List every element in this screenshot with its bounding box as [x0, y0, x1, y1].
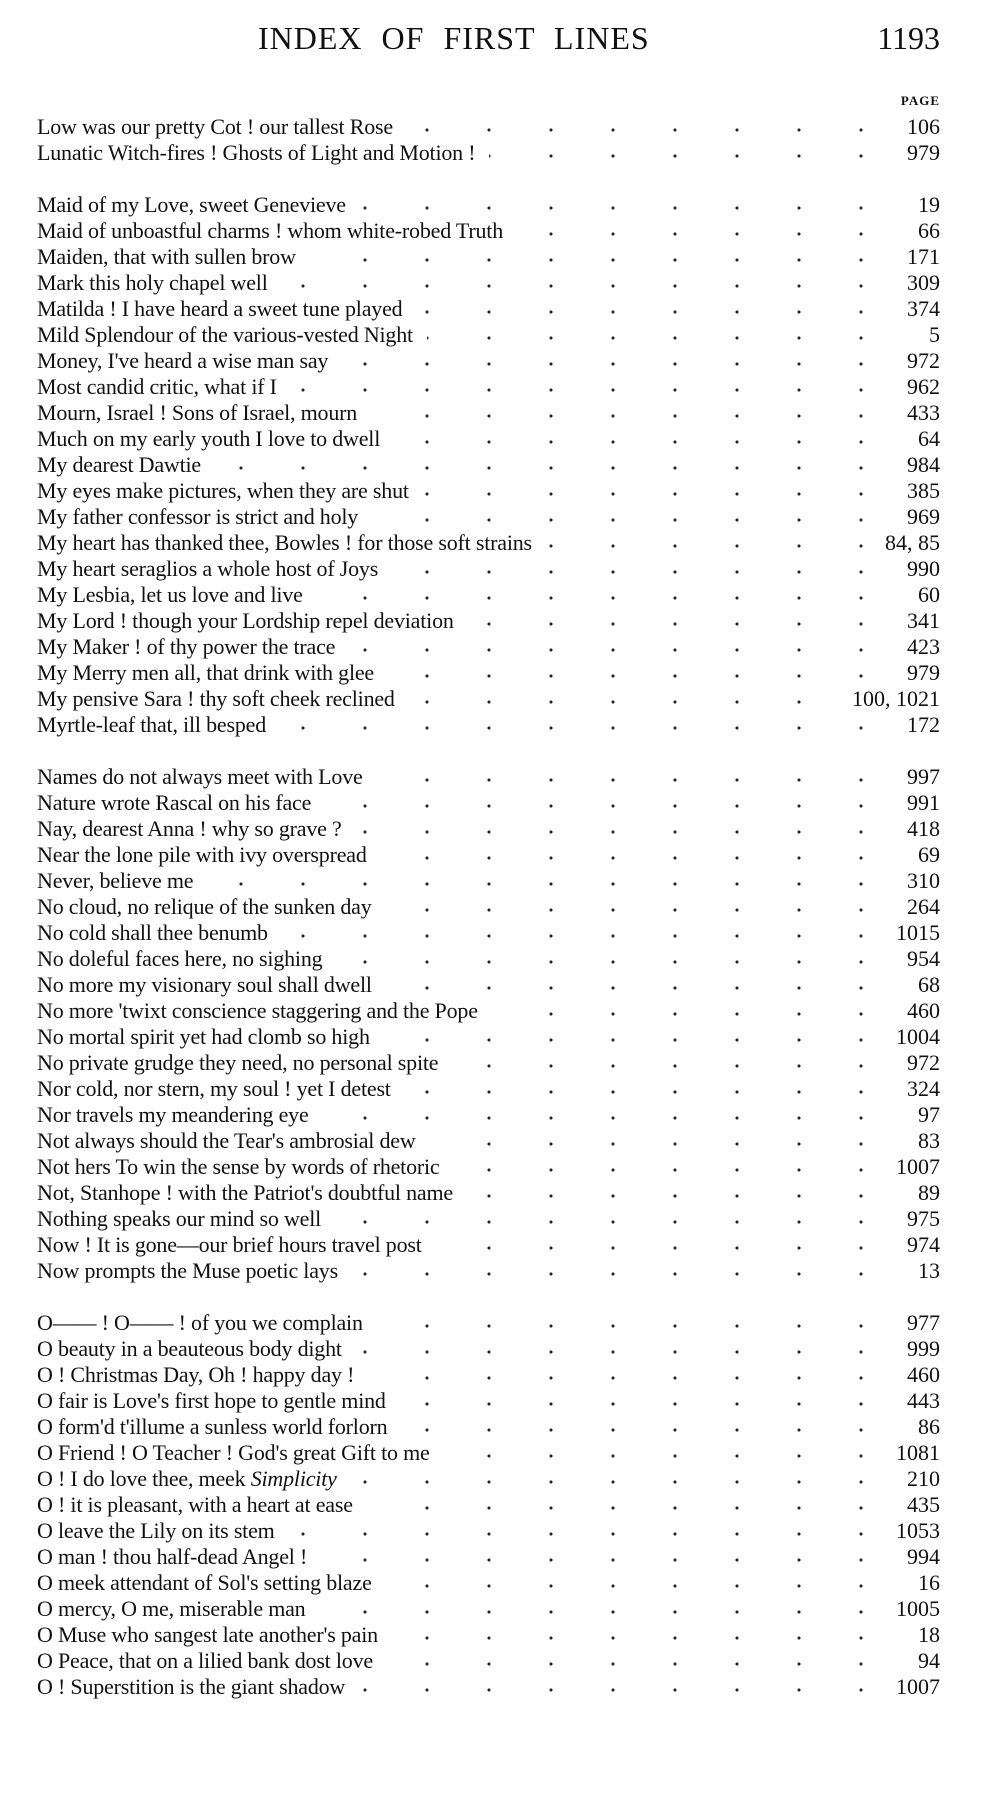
- page-reference: 171: [899, 244, 940, 270]
- page-reference: 310: [899, 868, 940, 894]
- first-line-text: My Merry men all, that drink with glee: [37, 660, 388, 686]
- first-line-text: Never, believe me: [37, 868, 207, 894]
- page-reference: 19: [910, 192, 940, 218]
- page-reference: 1004: [888, 1024, 940, 1050]
- index-entry: Nay, dearest Anna ! why so grave ?418: [37, 816, 940, 842]
- first-line-text: Mild Splendour of the various-vested Nig…: [37, 322, 427, 348]
- page-reference: 83: [910, 1128, 940, 1154]
- page-reference: 374: [899, 296, 940, 322]
- page-reference: 172: [899, 712, 940, 738]
- page-reference: 999: [899, 1336, 940, 1362]
- page-reference: 60: [910, 582, 940, 608]
- index-entry: Matilda ! I have heard a sweet tune play…: [37, 296, 940, 322]
- page-reference: 86: [910, 1414, 940, 1440]
- page-reference: 210: [899, 1466, 940, 1492]
- index-entry: No more my visionary soul shall dwell68: [37, 972, 940, 998]
- page-reference: 979: [899, 660, 940, 686]
- index-entry: Maiden, that with sullen brow171: [37, 244, 940, 270]
- first-line-text: O beauty in a beauteous body dight: [37, 1336, 356, 1362]
- index-entry: My dearest Dawtie984: [37, 452, 940, 478]
- first-line-text: Nor cold, nor stern, my soul ! yet I det…: [37, 1076, 405, 1102]
- index-entry: No cold shall thee benumb1015: [37, 920, 940, 946]
- first-line-text: O Muse who sangest late another's pain: [37, 1622, 392, 1648]
- first-line-text: No cold shall thee benumb: [37, 920, 282, 946]
- index-entry: O leave the Lily on its stem1053: [37, 1518, 940, 1544]
- index-entry: My Lord ! though your Lordship repel dev…: [37, 608, 940, 634]
- index-entry: My Maker ! of thy power the trace423: [37, 634, 940, 660]
- index-entry: Nor cold, nor stern, my soul ! yet I det…: [37, 1076, 940, 1102]
- page-reference: 984: [899, 452, 940, 478]
- page-reference: 16: [910, 1570, 940, 1596]
- index-entry: Most candid critic, what if I962: [37, 374, 940, 400]
- page-reference: 435: [899, 1492, 940, 1518]
- index-entry: O form'd t'illume a sunless world forlor…: [37, 1414, 940, 1440]
- index-entry: O ! I do love thee, meek Simplicity210: [37, 1466, 940, 1492]
- index-entry: Much on my early youth I love to dwell64: [37, 426, 940, 452]
- page-reference: 264: [899, 894, 940, 920]
- page-reference: 1005: [888, 1596, 940, 1622]
- page-reference: 974: [899, 1232, 940, 1258]
- first-line-text: My heart has thanked thee, Bowles ! for …: [37, 530, 546, 556]
- index-entry: Nor travels my meandering eye97: [37, 1102, 940, 1128]
- page-reference: 433: [899, 400, 940, 426]
- first-line-text: Maid of unboastful charms ! whom white-r…: [37, 218, 517, 244]
- index-entry: Mark this holy chapel well309: [37, 270, 940, 296]
- page-column-label: PAGE: [901, 93, 940, 109]
- index-entry: Lunatic Witch-fires ! Ghosts of Light an…: [37, 140, 940, 166]
- page-reference: 418: [899, 816, 940, 842]
- first-line-text: My Maker ! of thy power the trace: [37, 634, 349, 660]
- page-reference: 13: [910, 1258, 940, 1284]
- first-line-text: My father confessor is strict and holy: [37, 504, 372, 530]
- first-line-text: Now prompts the Muse poetic lays: [37, 1258, 352, 1284]
- index-entry: Not hers To win the sense by words of rh…: [37, 1154, 940, 1180]
- page-reference: 84, 85: [877, 530, 940, 556]
- page-reference: 443: [899, 1388, 940, 1414]
- index-entry: My eyes make pictures, when they are shu…: [37, 478, 940, 504]
- page-reference: 969: [899, 504, 940, 530]
- index-entry: O meek attendant of Sol's setting blaze1…: [37, 1570, 940, 1596]
- index-entry: Money, I've heard a wise man say972: [37, 348, 940, 374]
- page-reference: 990: [899, 556, 940, 582]
- first-line-text: Nor travels my meandering eye: [37, 1102, 323, 1128]
- page-reference: 954: [899, 946, 940, 972]
- page-reference: 106: [899, 114, 940, 140]
- first-line-text: O ! Superstition is the giant shadow: [37, 1674, 359, 1700]
- index-entry: Not always should the Tear's ambrosial d…: [37, 1128, 940, 1154]
- page-reference: 309: [899, 270, 940, 296]
- index-entry: No more 'twixt conscience staggering and…: [37, 998, 940, 1024]
- index-entry: My father confessor is strict and holy96…: [37, 504, 940, 530]
- first-line-text: Most candid critic, what if I: [37, 374, 291, 400]
- index-entry: Maid of unboastful charms ! whom white-r…: [37, 218, 940, 244]
- first-line-text: No more 'twixt conscience staggering and…: [37, 998, 492, 1024]
- index-letter-group: O—— ! O—— ! of you we complain977O beaut…: [37, 1310, 940, 1700]
- index-entry: Mourn, Israel ! Sons of Israel, mourn433: [37, 400, 940, 426]
- index-entry: Low was our pretty Cot ! our tallest Ros…: [37, 114, 940, 140]
- page-reference: 460: [899, 1362, 940, 1388]
- first-line-text: O—— ! O—— ! of you we complain: [37, 1310, 377, 1336]
- first-line-text: My eyes make pictures, when they are shu…: [37, 478, 423, 504]
- page-reference: 97: [910, 1102, 940, 1128]
- page-reference: 5: [921, 322, 940, 348]
- first-line-text: O ! Christmas Day, Oh ! happy day !: [37, 1362, 368, 1388]
- index-entry: O ! Christmas Day, Oh ! happy day !460: [37, 1362, 940, 1388]
- page-reference: 977: [899, 1310, 940, 1336]
- index-entry: O Peace, that on a lilied bank dost love…: [37, 1648, 940, 1674]
- index-entry: Never, believe me310: [37, 868, 940, 894]
- page-reference: 89: [910, 1180, 940, 1206]
- page-reference: 69: [910, 842, 940, 868]
- first-line-text: No cloud, no relique of the sunken day: [37, 894, 386, 920]
- index-entry: O ! Superstition is the giant shadow1007: [37, 1674, 940, 1700]
- first-line-text: Nothing speaks our mind so well: [37, 1206, 335, 1232]
- first-line-text: Low was our pretty Cot ! our tallest Ros…: [37, 114, 407, 140]
- page-reference: 972: [899, 1050, 940, 1076]
- page-reference: 994: [899, 1544, 940, 1570]
- first-line-text: My Lord ! though your Lordship repel dev…: [37, 608, 468, 634]
- index-entry: O man ! thou half-dead Angel !994: [37, 1544, 940, 1570]
- index-entry: O beauty in a beauteous body dight999: [37, 1336, 940, 1362]
- index-entry: Near the lone pile with ivy overspread69: [37, 842, 940, 868]
- index-entry: Mild Splendour of the various-vested Nig…: [37, 322, 940, 348]
- first-line-text: O ! it is pleasant, with a heart at ease: [37, 1492, 367, 1518]
- page-reference: 1015: [888, 920, 940, 946]
- first-line-text: Not hers To win the sense by words of rh…: [37, 1154, 454, 1180]
- index-entry: My heart has thanked thee, Bowles ! for …: [37, 530, 940, 556]
- first-line-text: Now ! It is gone—our brief hours travel …: [37, 1232, 436, 1258]
- page-reference: 460: [899, 998, 940, 1024]
- first-line-text: My dearest Dawtie: [37, 452, 215, 478]
- page-number: 1193: [877, 20, 940, 56]
- first-line-text: My Lesbia, let us love and live: [37, 582, 317, 608]
- index-entry: No doleful faces here, no sighing954: [37, 946, 940, 972]
- index-letter-group: Names do not always meet with Love997Nat…: [37, 764, 940, 1284]
- first-line-text: O fair is Love's first hope to gentle mi…: [37, 1388, 400, 1414]
- first-line-text: Mark this holy chapel well: [37, 270, 282, 296]
- page-reference: 975: [899, 1206, 940, 1232]
- first-line-text: O mercy, O me, miserable man: [37, 1596, 320, 1622]
- page-reference: 341: [899, 608, 940, 634]
- first-line-text: No mortal spirit yet had clomb so high: [37, 1024, 384, 1050]
- index-letter-group: Maid of my Love, sweet Genevieve19Maid o…: [37, 192, 940, 738]
- first-line-text: No more my visionary soul shall dwell: [37, 972, 386, 998]
- index-entry: My pensive Sara ! thy soft cheek recline…: [37, 686, 940, 712]
- page-reference: 991: [899, 790, 940, 816]
- index-entry: Not, Stanhope ! with the Patriot's doubt…: [37, 1180, 940, 1206]
- first-line-text: Myrtle-leaf that, ill besped: [37, 712, 280, 738]
- index-letter-group: Low was our pretty Cot ! our tallest Ros…: [37, 114, 940, 166]
- index-entry: Nothing speaks our mind so well975: [37, 1206, 940, 1232]
- index-entry: Maid of my Love, sweet Genevieve19: [37, 192, 940, 218]
- index-entry: O mercy, O me, miserable man1005: [37, 1596, 940, 1622]
- first-line-text: O leave the Lily on its stem: [37, 1518, 289, 1544]
- index-entry: No mortal spirit yet had clomb so high10…: [37, 1024, 940, 1050]
- first-line-text: O Friend ! O Teacher ! God's great Gift …: [37, 1440, 444, 1466]
- page-reference: 962: [899, 374, 940, 400]
- index-entry: O Friend ! O Teacher ! God's great Gift …: [37, 1440, 940, 1466]
- first-line-text: Maiden, that with sullen brow: [37, 244, 310, 270]
- page-reference: 1081: [888, 1440, 940, 1466]
- index-entry: O Muse who sangest late another's pain18: [37, 1622, 940, 1648]
- first-line-text: O ! I do love thee, meek Simplicity: [37, 1466, 351, 1492]
- index-entry: Now ! It is gone—our brief hours travel …: [37, 1232, 940, 1258]
- first-line-text: My pensive Sara ! thy soft cheek recline…: [37, 686, 409, 712]
- index-entry: My Merry men all, that drink with glee97…: [37, 660, 940, 686]
- index-entry: My heart seraglios a whole host of Joys9…: [37, 556, 940, 582]
- index-entry: Myrtle-leaf that, ill besped172: [37, 712, 940, 738]
- first-line-text: Names do not always meet with Love: [37, 764, 377, 790]
- index-of-first-lines: Low was our pretty Cot ! our tallest Ros…: [37, 114, 940, 1726]
- page-reference: 100, 1021: [844, 686, 940, 712]
- index-entry: Names do not always meet with Love997: [37, 764, 940, 790]
- first-line-text: Maid of my Love, sweet Genevieve: [37, 192, 360, 218]
- first-line-text: Not, Stanhope ! with the Patriot's doubt…: [37, 1180, 467, 1206]
- index-entry: O ! it is pleasant, with a heart at ease…: [37, 1492, 940, 1518]
- first-line-text: O Peace, that on a lilied bank dost love: [37, 1648, 387, 1674]
- page-reference: 94: [910, 1648, 940, 1674]
- page-title: INDEX OF FIRST LINES: [258, 20, 720, 56]
- page-reference: 18: [910, 1622, 940, 1648]
- first-line-text: Lunatic Witch-fires ! Ghosts of Light an…: [37, 140, 489, 166]
- first-line-text: Much on my early youth I love to dwell: [37, 426, 394, 452]
- page-reference: 66: [910, 218, 940, 244]
- page-reference: 385: [899, 478, 940, 504]
- page-reference: 1053: [888, 1518, 940, 1544]
- index-entry: Now prompts the Muse poetic lays13: [37, 1258, 940, 1284]
- page-reference: 64: [910, 426, 940, 452]
- page-reference: 324: [899, 1076, 940, 1102]
- page-reference: 997: [899, 764, 940, 790]
- page-reference: 1007: [888, 1674, 940, 1700]
- index-entry: No cloud, no relique of the sunken day26…: [37, 894, 940, 920]
- first-line-text: O form'd t'illume a sunless world forlor…: [37, 1414, 401, 1440]
- page-reference: 979: [899, 140, 940, 166]
- index-entry: O fair is Love's first hope to gentle mi…: [37, 1388, 940, 1414]
- page-reference: 1007: [888, 1154, 940, 1180]
- index-entry: No private grudge they need, no personal…: [37, 1050, 940, 1076]
- first-line-text: Not always should the Tear's ambrosial d…: [37, 1128, 430, 1154]
- first-line-text: Money, I've heard a wise man say: [37, 348, 342, 374]
- first-line-text: O man ! thou half-dead Angel !: [37, 1544, 321, 1570]
- index-entry: My Lesbia, let us love and live60: [37, 582, 940, 608]
- first-line-text: No private grudge they need, no personal…: [37, 1050, 452, 1076]
- index-entry: Nature wrote Rascal on his face991: [37, 790, 940, 816]
- first-line-text: My heart seraglios a whole host of Joys: [37, 556, 392, 582]
- index-entry: O—— ! O—— ! of you we complain977: [37, 1310, 940, 1336]
- first-line-text: Matilda ! I have heard a sweet tune play…: [37, 296, 416, 322]
- page-reference: 972: [899, 348, 940, 374]
- first-line-text: O meek attendant of Sol's setting blaze: [37, 1570, 386, 1596]
- first-line-text: Nature wrote Rascal on his face: [37, 790, 325, 816]
- first-line-text: No doleful faces here, no sighing: [37, 946, 336, 972]
- page-reference: 68: [910, 972, 940, 998]
- page-reference: 423: [899, 634, 940, 660]
- first-line-text: Nay, dearest Anna ! why so grave ?: [37, 816, 356, 842]
- first-line-text: Near the lone pile with ivy overspread: [37, 842, 381, 868]
- first-line-text: Mourn, Israel ! Sons of Israel, mourn: [37, 400, 371, 426]
- italic-word: Simplicity: [251, 1466, 337, 1491]
